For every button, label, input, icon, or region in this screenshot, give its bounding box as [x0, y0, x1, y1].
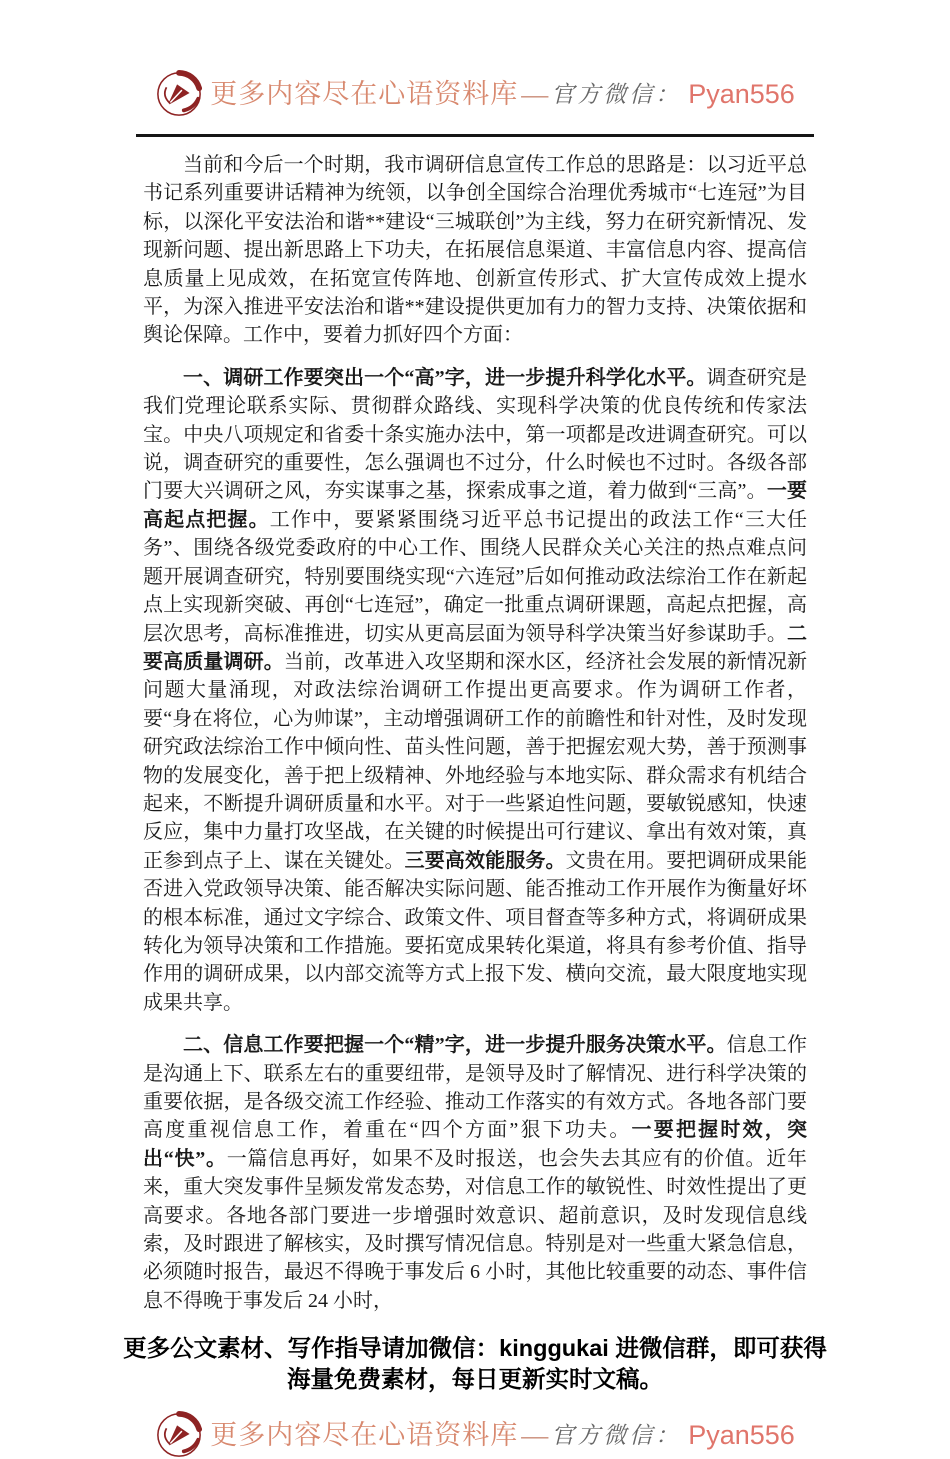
footer-brand-line: 更多内容尽在心语资料库 — 官方微信： Pyan556: [0, 1411, 950, 1459]
text-segment: 当前和今后一个时期，我市调研信息宣传工作总的思路是：以习近平总书记系列重要讲话精…: [143, 154, 807, 346]
text-segment: 当前，改革进入攻坚期和深水区，经济社会发展的新情况新问题大量涌现，对政法综治调研…: [143, 651, 807, 872]
wechat-id: Pyan556: [688, 1422, 795, 1449]
bold-segment: 二、信息工作要把握一个“精”字，进一步提升服务决策水平。: [183, 1034, 727, 1056]
pen-seal-logo-icon: [155, 70, 203, 118]
body-paragraph: 当前和今后一个时期，我市调研信息宣传工作总的思路是：以习近平总书记系列重要讲话精…: [143, 151, 807, 350]
header-divider: [136, 134, 814, 137]
footer-promo-text: 更多公文素材、写作指导请加微信：kinggukai 进微信群，即可获得海量免费素…: [123, 1333, 827, 1395]
body-paragraph: 二、信息工作要把握一个“精”字，进一步提升服务决策水平。信息工作是沟通上下、联系…: [143, 1031, 807, 1315]
brand-dash: —: [521, 1422, 548, 1449]
wechat-label: 官方微信：: [551, 83, 681, 106]
pen-seal-logo-icon: [155, 1411, 203, 1459]
header-brand-line: 更多内容尽在心语资料库 — 官方微信： Pyan556: [0, 70, 950, 118]
wechat-id: Pyan556: [688, 81, 795, 108]
wechat-label: 官方微信：: [551, 1424, 681, 1447]
brand-text: 更多内容尽在心语资料库: [210, 1422, 518, 1449]
bold-segment: 三要高效能服务。: [405, 850, 566, 872]
bold-segment: 一、调研工作要突出一个“高”字，进一步提升科学化水平。: [183, 367, 706, 389]
text-segment: 文贵在用。要把调研成果能否进入党政领导决策、能否解决实际问题、能否推动工作开展作…: [143, 850, 807, 1014]
document-body: 当前和今后一个时期，我市调研信息宣传工作总的思路是：以习近平总书记系列重要讲话精…: [143, 151, 807, 1315]
body-paragraph: 一、调研工作要突出一个“高”字，进一步提升科学化水平。调查研究是我们党理论联系实…: [143, 364, 807, 1017]
brand-dash: —: [521, 81, 548, 108]
document-page: 更多内容尽在心语资料库 — 官方微信： Pyan556 当前和今后一个时期，我市…: [0, 0, 950, 1459]
brand-text: 更多内容尽在心语资料库: [210, 81, 518, 108]
text-segment: 一篇信息再好，如果不及时报送，也会失去其应有的价值。近年来，重大突发事件呈频发常…: [143, 1148, 807, 1312]
